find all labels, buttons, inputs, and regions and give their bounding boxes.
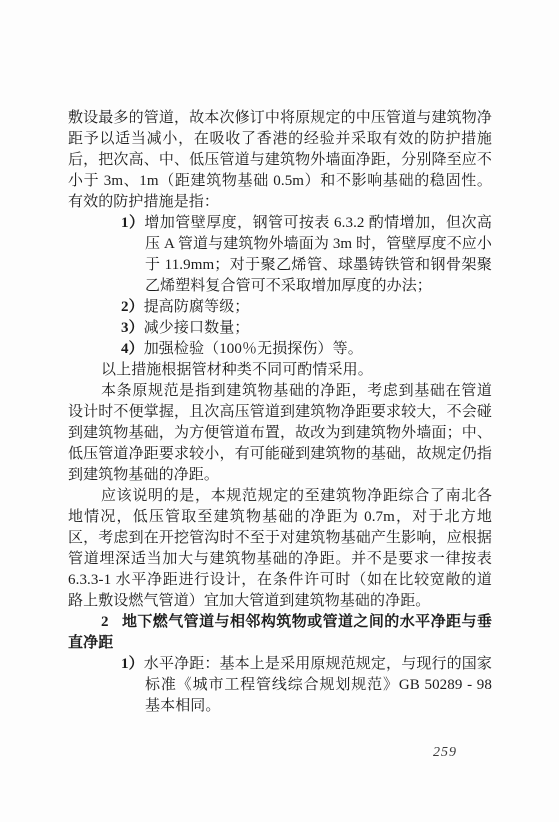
list-item: 2）提高防腐等级； xyxy=(145,297,492,318)
paragraph-measures-note: 以上措施根据管材种类不同可酌情采用。 xyxy=(68,360,492,381)
page-number: 259 xyxy=(433,745,457,761)
section-2-title: 地下燃气管道与相邻构筑物或管道之间的水平净距与垂直净距 xyxy=(68,614,492,651)
paragraph-original-code: 本条原规范是指到建筑物基础的净距，考虑到基础在管道设计时不便掌握，且次高压管道到… xyxy=(68,381,492,486)
list-item-number: 2） xyxy=(121,299,144,315)
paragraph-explanation: 应该说明的是，本规范规定的至建筑物净距综合了南北各地情况，低压管取至建筑物基础的… xyxy=(68,486,492,612)
list-item: 3）减少接口数量； xyxy=(145,318,492,339)
document-page: 敷设最多的管道，故本次修订中将原规定的中压管道与建筑物净距予以适当减小，在吸收了… xyxy=(0,0,559,822)
list-item: 1）增加管壁厚度，钢管可按表 6.3.2 酌情增加，但次高压 A 管道与建筑物外… xyxy=(145,213,492,297)
list-item-number: 1） xyxy=(121,215,144,231)
list-item-text: 加强检验（100％无损探伤）等。 xyxy=(144,341,363,357)
list-item: 1）水平净距：基本上是采用原规范规定，与现行的国家标准《城市工程管线综合规划规范… xyxy=(145,654,492,717)
list-item: 4）加强检验（100％无损探伤）等。 xyxy=(145,339,492,360)
list-item-text: 增加管壁厚度，钢管可按表 6.3.2 酌情增加，但次高压 A 管道与建筑物外墙面… xyxy=(144,215,492,294)
section-2-number: 2 xyxy=(101,614,109,630)
list-item-number: 4） xyxy=(121,341,144,357)
section-2-heading: 2地下燃气管道与相邻构筑物或管道之间的水平净距与垂直净距 xyxy=(68,612,492,654)
list-item-text: 减少接口数量； xyxy=(144,320,250,336)
paragraph-continued-from-previous-page: 敷设最多的管道，故本次修订中将原规定的中压管道与建筑物净距予以适当减小，在吸收了… xyxy=(68,108,492,213)
text-block: 敷设最多的管道，故本次修订中将原规定的中压管道与建筑物净距予以适当减小，在吸收了… xyxy=(68,108,492,717)
list-item-text: 提高防腐等级； xyxy=(144,299,250,315)
list-item-text: 水平净距：基本上是采用原规范规定，与现行的国家标准《城市工程管线综合规划规范》G… xyxy=(144,656,492,714)
list-item-number: 1） xyxy=(121,656,144,672)
section-2-sublist: 1）水平净距：基本上是采用原规范规定，与现行的国家标准《城市工程管线综合规划规范… xyxy=(68,654,492,717)
list-item-number: 3） xyxy=(121,320,144,336)
protective-measures-list: 1）增加管壁厚度，钢管可按表 6.3.2 酌情增加，但次高压 A 管道与建筑物外… xyxy=(68,213,492,360)
